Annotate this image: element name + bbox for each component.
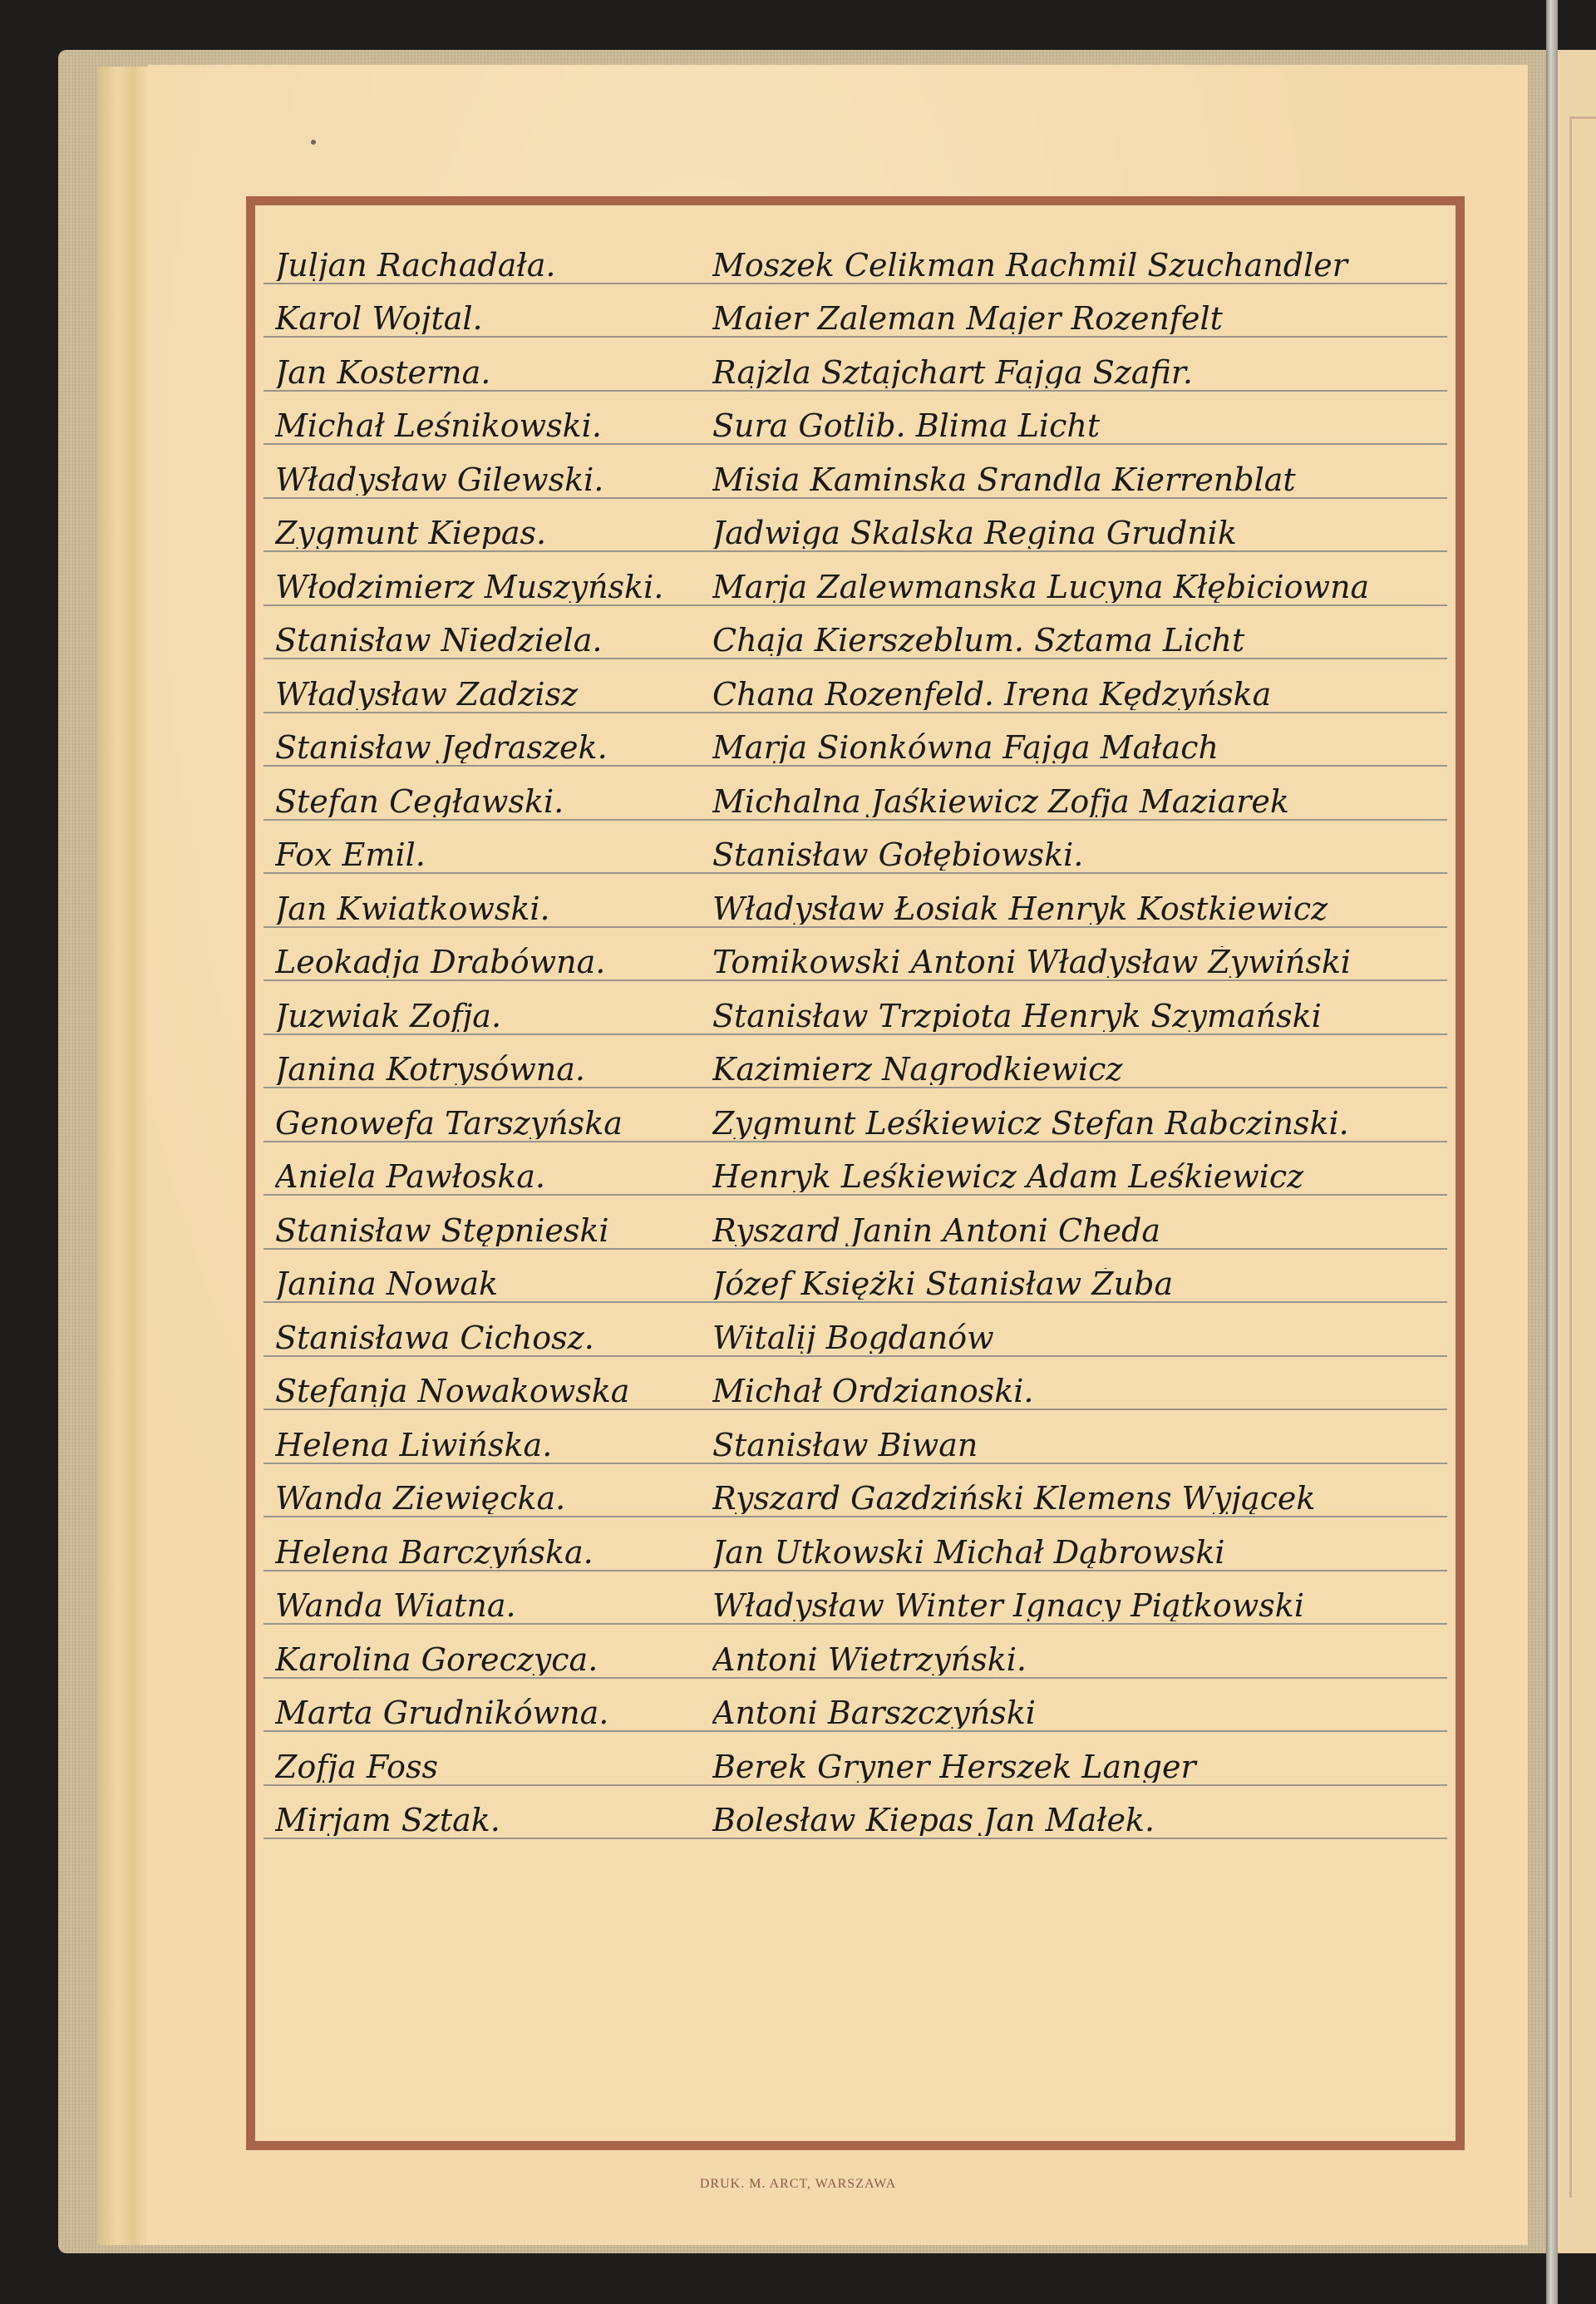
register-row: Jan Kosterna.Rajzla Sztajchart Fajga Sza… — [264, 338, 1447, 392]
name-left: Janina Nowak — [275, 1268, 707, 1300]
names-right: Marja Sionkówna Fajga Małach — [712, 732, 1461, 763]
name-left: Zofja Foss — [275, 1751, 707, 1783]
register-row: Janina Kotrysówna.Kazimierz Nagrodkiewic… — [264, 1035, 1447, 1089]
register-row: Helena Liwińska.Stanisław Biwan — [264, 1410, 1447, 1464]
printed-frame: Juljan Rachadała.Moszek Celikman Rachmil… — [246, 196, 1465, 2150]
name-left: Juljan Rachadała. — [275, 249, 707, 281]
names-right: Chana Rozenfeld. Irena Kędzyńska — [712, 678, 1461, 710]
register-row: Marta Grudnikówna.Antoni Barszczyński — [264, 1679, 1447, 1733]
register-row: Władysław ZadziszChana Rozenfeld. Irena … — [264, 659, 1447, 713]
register-row: Leokadja Drabówna.Tomikowski Antoni Wład… — [264, 928, 1447, 982]
names-right: Kazimierz Nagrodkiewicz — [712, 1053, 1461, 1085]
names-right: Władysław Łosiak Henryk Kostkiewicz — [712, 893, 1461, 925]
register-row: Karol Wojtal.Maier Zaleman Majer Rozenfe… — [264, 284, 1447, 338]
register-row: Mirjam Sztak.Bolesław Kiepas Jan Małek. — [264, 1786, 1447, 1840]
register-row: Włodzimierz Muszyński.Marja Zalewmanska … — [264, 552, 1447, 606]
name-left: Janina Kotrysówna. — [275, 1053, 707, 1085]
register-row: Helena Barczyńska.Jan Utkowski Michał Dą… — [264, 1517, 1447, 1571]
register-row: Stanisław StępnieskiRyszard Janin Antoni… — [264, 1196, 1447, 1250]
register-row: Stanisław Jędraszek.Marja Sionkówna Fajg… — [264, 713, 1447, 767]
name-left: Stanisław Stępnieski — [275, 1215, 707, 1246]
printer-imprint: DRUK. M. ARCT, WARSZAWA — [0, 2177, 1596, 2192]
page-edges — [98, 67, 148, 2245]
register-row: Wanda Wiatna.Władysław Winter Ignacy Pią… — [264, 1571, 1447, 1626]
name-left: Helena Liwińska. — [275, 1429, 707, 1461]
names-right: Stanisław Biwan — [712, 1429, 1461, 1461]
name-left: Wanda Ziewięcka. — [275, 1483, 707, 1514]
register-row: Władysław Gilewski.Misia Kaminska Srandl… — [264, 445, 1447, 499]
names-right: Władysław Winter Ignacy Piątkowski — [712, 1590, 1461, 1621]
names-right: Ryszard Janin Antoni Cheda — [712, 1215, 1461, 1246]
name-left: Genowefa Tarszyńska — [275, 1108, 707, 1139]
register-row: Juljan Rachadała.Moszek Celikman Rachmil… — [264, 230, 1447, 284]
binding-gutter — [1546, 0, 1558, 2304]
register-row: Stanisław Niedziela.Chaja Kierszeblum. S… — [264, 606, 1447, 660]
name-left: Karol Wojtal. — [275, 303, 707, 334]
name-left: Władysław Gilewski. — [275, 464, 707, 496]
name-list: Juljan Rachadała.Moszek Celikman Rachmil… — [264, 230, 1447, 1839]
name-left: Aniela Pawłoska. — [275, 1161, 707, 1192]
names-right: Stanisław Gołębiowski. — [712, 839, 1461, 871]
facing-page-ornament — [1569, 116, 1596, 2198]
name-left: Zygmunt Kiepas. — [275, 517, 707, 549]
name-left: Stefan Cegławski. — [275, 786, 707, 817]
names-right: Sura Gotlib. Blima Licht — [712, 410, 1461, 442]
names-right: Jan Utkowski Michał Dąbrowski — [712, 1537, 1461, 1568]
names-right: Zygmunt Leśkiewicz Stefan Rabczinski. — [712, 1108, 1461, 1139]
name-left: Włodzimierz Muszyński. — [275, 571, 707, 603]
register-row: Aniela Pawłoska.Henryk Leśkiewicz Adam L… — [264, 1142, 1447, 1196]
register-row: Zofja FossBerek Gryner Herszek Langer — [264, 1732, 1447, 1786]
name-left: Stanisława Cichosz. — [275, 1322, 707, 1354]
name-left: Jan Kosterna. — [275, 357, 707, 388]
register-row: Jan Kwiatkowski.Władysław Łosiak Henryk … — [264, 874, 1447, 928]
names-right: Michał Ordzianoski. — [712, 1375, 1461, 1407]
register-row: Fox Emil.Stanisław Gołębiowski. — [264, 821, 1447, 875]
register-row: Wanda Ziewięcka.Ryszard Gazdziński Kleme… — [264, 1464, 1447, 1518]
register-row: Genowefa TarszyńskaZygmunt Leśkiewicz St… — [264, 1088, 1447, 1142]
name-left: Stanisław Jędraszek. — [275, 732, 707, 763]
name-left: Leokadja Drabówna. — [275, 946, 707, 978]
names-right: Misia Kaminska Srandla Kierrenblat — [712, 464, 1461, 496]
name-left: Jan Kwiatkowski. — [275, 893, 707, 925]
names-right: Antoni Barszczyński — [712, 1697, 1461, 1729]
register-row: Stanisława Cichosz.Witalij Bogdanów — [264, 1303, 1447, 1357]
names-right: Józef Księżki Stanisław Żuba — [712, 1268, 1461, 1300]
names-right: Jadwiga Skalska Regina Grudnik — [712, 517, 1461, 549]
name-left: Michał Leśnikowski. — [275, 410, 707, 442]
names-right: Witalij Bogdanów — [712, 1322, 1461, 1354]
names-right: Rajzla Sztajchart Fajga Szafir. — [712, 357, 1461, 388]
name-left: Karolina Goreczyca. — [275, 1644, 707, 1675]
name-left: Wanda Wiatna. — [275, 1590, 707, 1621]
name-left: Marta Grudnikówna. — [275, 1697, 707, 1729]
names-right: Michalna Jaśkiewicz Zofja Maziarek — [712, 786, 1461, 817]
names-right: Marja Zalewmanska Lucyna Kłębiciowna — [712, 571, 1461, 603]
names-right: Tomikowski Antoni Władysław Żywiński — [712, 946, 1461, 978]
register-row: Janina NowakJózef Księżki Stanisław Żuba — [264, 1250, 1447, 1304]
names-right: Stanisław Trzpiota Henryk Szymański — [712, 1000, 1461, 1032]
name-left: Helena Barczyńska. — [275, 1537, 707, 1568]
ink-speck — [311, 140, 316, 145]
name-left: Fox Emil. — [275, 839, 707, 871]
name-left: Stefanja Nowakowska — [275, 1375, 707, 1407]
register-row: Zygmunt Kiepas.Jadwiga Skalska Regina Gr… — [264, 499, 1447, 553]
register-row: Karolina Goreczyca.Antoni Wietrzyński. — [264, 1625, 1447, 1679]
name-left: Władysław Zadzisz — [275, 678, 707, 710]
register-row: Stefan Cegławski.Michalna Jaśkiewicz Zof… — [264, 767, 1447, 821]
names-right: Chaja Kierszeblum. Sztama Licht — [712, 624, 1461, 656]
names-right: Henryk Leśkiewicz Adam Leśkiewicz — [712, 1161, 1461, 1192]
names-right: Bolesław Kiepas Jan Małek. — [712, 1804, 1461, 1836]
names-right: Moszek Celikman Rachmil Szuchandler — [712, 249, 1461, 281]
name-left: Stanisław Niedziela. — [275, 624, 707, 656]
names-right: Berek Gryner Herszek Langer — [712, 1751, 1461, 1783]
names-right: Maier Zaleman Majer Rozenfelt — [712, 303, 1461, 334]
register-row: Michał Leśnikowski.Sura Gotlib. Blima Li… — [264, 392, 1447, 446]
names-right: Ryszard Gazdziński Klemens Wyjącek — [712, 1483, 1461, 1514]
name-left: Mirjam Sztak. — [275, 1804, 707, 1836]
register-row: Stefanja NowakowskaMichał Ordzianoski. — [264, 1357, 1447, 1411]
name-left: Juzwiak Zofja. — [275, 1000, 707, 1032]
register-row: Juzwiak Zofja.Stanisław Trzpiota Henryk … — [264, 981, 1447, 1035]
names-right: Antoni Wietrzyński. — [712, 1644, 1461, 1675]
